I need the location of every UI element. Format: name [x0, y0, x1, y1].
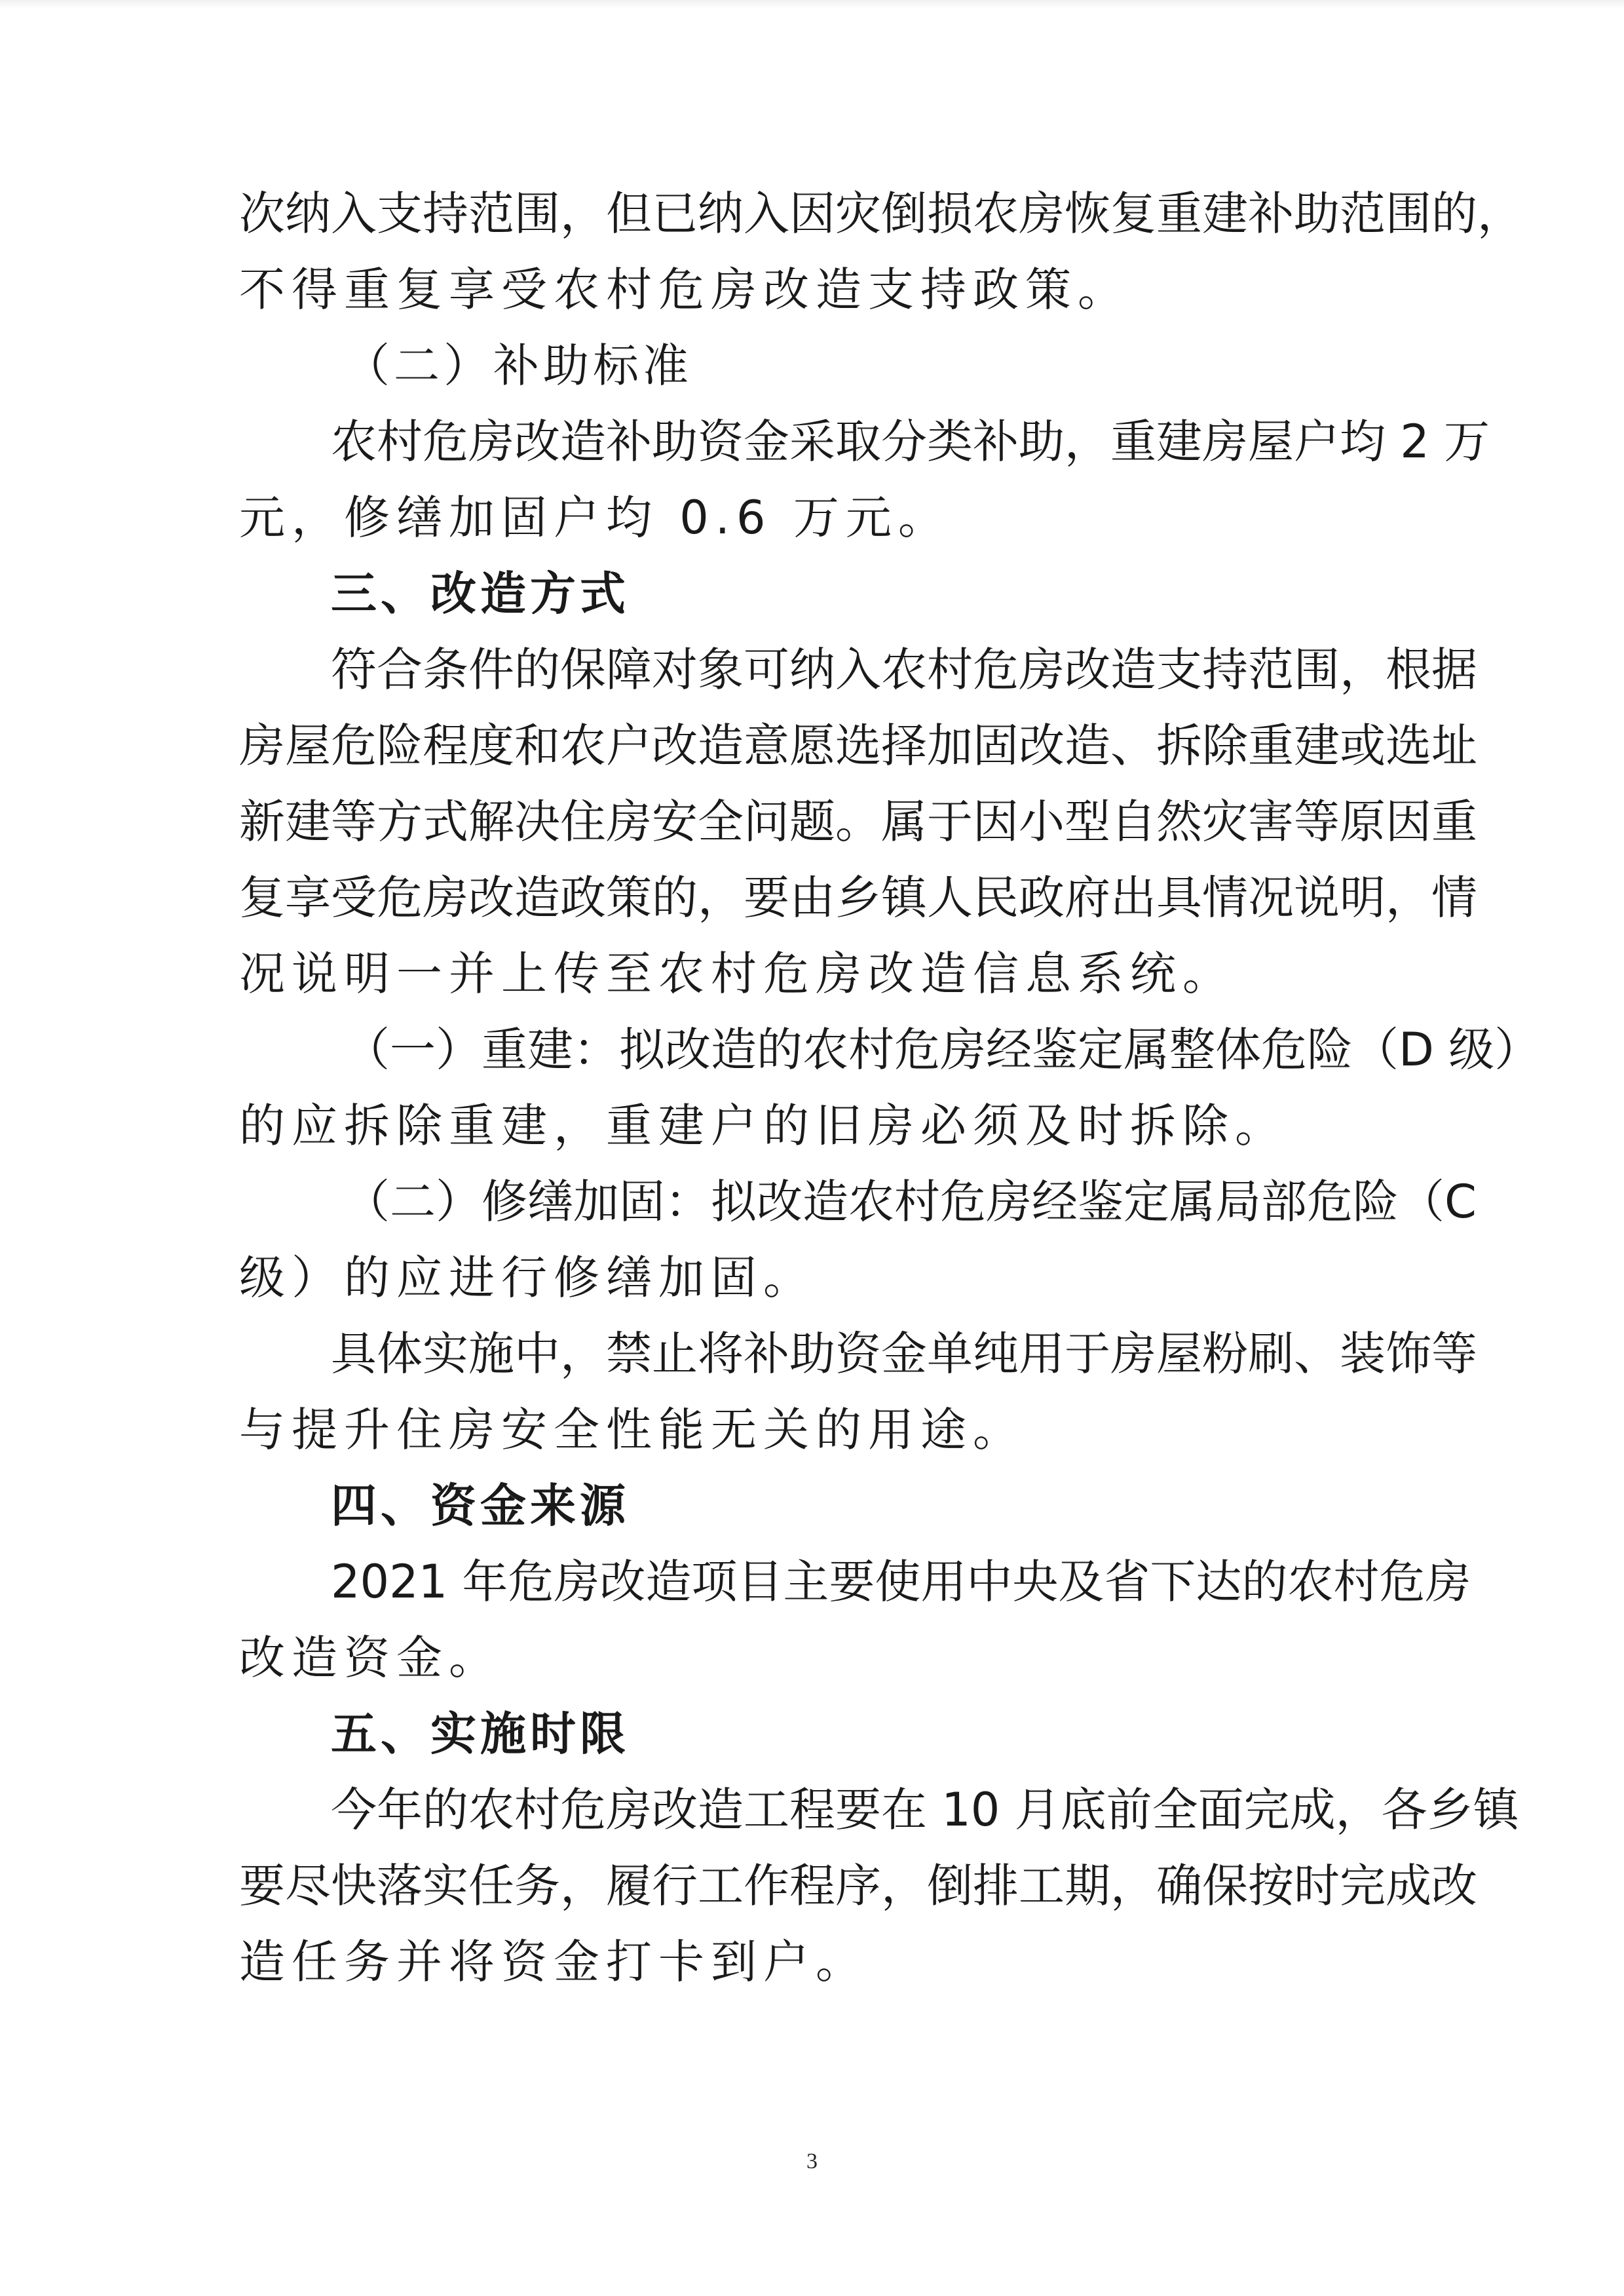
text-line: （二）修缮加固：拟改造农村危房经鉴定属局部危险（C — [239, 1164, 1405, 1240]
text-line: 要尽快落实任务，履行工作程序，倒排工期，确保按时完成改 — [239, 1848, 1405, 1924]
paragraph-subsidy-amount: 农村危房改造补助资金采取分类补助，重建房屋户均 2 万 元，修缮加固户均 0.6… — [239, 404, 1405, 556]
text-line: 次纳入支持范围，但已纳入因灾倒损农房恢复重建补助范围的， — [239, 176, 1405, 252]
text-line: （一）重建：拟改造的农村危房经鉴定属整体危险（D 级） — [239, 1012, 1405, 1088]
text-line: 符合条件的保障对象可纳入农村危房改造支持范围，根据 — [239, 632, 1405, 708]
paragraph-continuation: 次纳入支持范围，但已纳入因灾倒损农房恢复重建补助范围的， 不得重复享受农村危房改… — [239, 176, 1405, 328]
heading-implementation-deadline: 五、实施时限 — [239, 1696, 1405, 1772]
subheading-text: （二）补助标准 — [239, 328, 1405, 404]
text-line: 与提升住房安全性能无关的用途。 — [239, 1392, 1405, 1468]
document-page: 次纳入支持范围，但已纳入因灾倒损农房恢复重建补助范围的， 不得重复享受农村危房改… — [0, 0, 1624, 2296]
paragraph-implementation-restriction: 具体实施中，禁止将补助资金单纯用于房屋粉刷、装饰等 与提升住房安全性能无关的用途… — [239, 1316, 1405, 1468]
page-number: 3 — [0, 2149, 1624, 2174]
text-line: 农村危房改造补助资金采取分类补助，重建房屋户均 2 万 — [239, 404, 1405, 480]
paragraph-repair-reinforce: （二）修缮加固：拟改造农村危房经鉴定属局部危险（C 级）的应进行修缮加固。 — [239, 1164, 1405, 1316]
paragraph-rebuild: （一）重建：拟改造的农村危房经鉴定属整体危险（D 级） 的应拆除重建，重建户的旧… — [239, 1012, 1405, 1164]
text-line: 房屋危险程度和农户改造意愿选择加固改造、拆除重建或选址 — [239, 708, 1405, 784]
text-line: 新建等方式解决住房安全问题。属于因小型自然灾害等原因重 — [239, 784, 1405, 860]
subheading-subsidy-standard: （二）补助标准 — [239, 328, 1405, 404]
text-line: 况说明一并上传至农村危房改造信息系统。 — [239, 936, 1405, 1012]
paragraph-implementation-deadline: 今年的农村危房改造工程要在 10 月底前全面完成，各乡镇 要尽快落实任务，履行工… — [239, 1772, 1405, 2000]
scan-top-edge — [0, 0, 1624, 9]
heading-text: 三、改造方式 — [239, 556, 1405, 632]
text-line: 级）的应进行修缮加固。 — [239, 1240, 1405, 1316]
text-line: 元，修缮加固户均 0.6 万元。 — [239, 480, 1405, 556]
heading-fund-source: 四、资金来源 — [239, 1468, 1405, 1544]
paragraph-renovation-method: 符合条件的保障对象可纳入农村危房改造支持范围，根据 房屋危险程度和农户改造意愿选… — [239, 632, 1405, 1012]
text-line: 今年的农村危房改造工程要在 10 月底前全面完成，各乡镇 — [239, 1772, 1405, 1848]
heading-text: 五、实施时限 — [239, 1696, 1405, 1772]
text-line: 的应拆除重建，重建户的旧房必须及时拆除。 — [239, 1088, 1405, 1164]
text-line: 具体实施中，禁止将补助资金单纯用于房屋粉刷、装饰等 — [239, 1316, 1405, 1392]
text-line: 复享受危房改造政策的，要由乡镇人民政府出具情况说明，情 — [239, 860, 1405, 936]
text-line: 造任务并将资金打卡到户。 — [239, 1924, 1405, 2000]
document-body: 次纳入支持范围，但已纳入因灾倒损农房恢复重建补助范围的， 不得重复享受农村危房改… — [239, 176, 1405, 2000]
text-line: 不得重复享受农村危房改造支持政策。 — [239, 252, 1405, 328]
heading-text: 四、资金来源 — [239, 1468, 1405, 1544]
paragraph-fund-source: 2021 年危房改造项目主要使用中央及省下达的农村危房 改造资金。 — [239, 1544, 1405, 1696]
text-line: 2021 年危房改造项目主要使用中央及省下达的农村危房 — [239, 1544, 1405, 1620]
text-line: 改造资金。 — [239, 1620, 1405, 1696]
heading-renovation-method: 三、改造方式 — [239, 556, 1405, 632]
